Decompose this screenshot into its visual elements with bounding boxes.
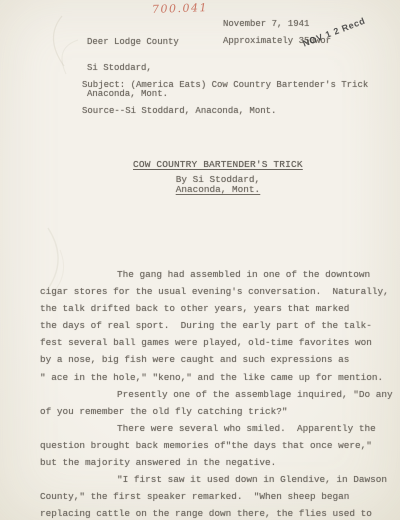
body-line: by a nose, big fish were caught and such… xyxy=(40,351,392,368)
source-line: Source--Si Stoddard, Anaconda, Mont. xyxy=(82,107,368,116)
body-line: the talk drifted back to other years, ye… xyxy=(40,300,392,317)
article-title: COW COUNTRY BARTENDER'S TRICK xyxy=(133,159,303,170)
document-page: 700.041 Deer Lodge County Si Stoddard, A… xyxy=(0,0,400,520)
header-date: November 7, 1941 xyxy=(223,20,309,29)
subject-source-block: Subject: (America Eats) Cow Country Bart… xyxy=(82,63,368,133)
classification-number: 700.041 xyxy=(152,1,208,16)
body-line: fest several ball games were played, old… xyxy=(40,334,392,351)
body-text: The gang had assembled in one of the dow… xyxy=(40,266,392,520)
body-line: but the majority answered in the negativ… xyxy=(40,454,392,471)
body-line: " ace in the hole," "keno," and the like… xyxy=(40,369,392,386)
body-line: There were several who smiled. Apparentl… xyxy=(40,420,392,437)
body-line: Presently one of the assemblage inquired… xyxy=(40,386,392,403)
article-title-wrap: COW COUNTRY BARTENDER'S TRICK xyxy=(133,154,303,172)
body-line: "I first saw it used down in Glendive, i… xyxy=(40,471,392,488)
body-line: The gang had assembled in one of the dow… xyxy=(40,266,392,283)
body-line: cigar stores for the usual evening's con… xyxy=(40,283,392,300)
subject-line: Subject: (America Eats) Cow Country Bart… xyxy=(82,81,368,90)
header-county-line: Deer Lodge County xyxy=(87,38,179,47)
article-byline-wrap: By Si Stoddard, Anaconda, Mont. xyxy=(133,175,303,194)
body-line: the days of real sport. During the early… xyxy=(40,317,392,334)
body-line: replacing cattle on the range down there… xyxy=(40,505,392,520)
article-byline-place: Anaconda, Mont. xyxy=(133,185,303,195)
body-line: question brought back memories of"the da… xyxy=(40,437,392,454)
body-line: County," the first speaker remarked. "Wh… xyxy=(40,488,392,505)
received-date-stamp: NOV 1 2 Recd xyxy=(301,16,366,49)
body-line: of you remember the old fly catching tri… xyxy=(40,403,392,420)
